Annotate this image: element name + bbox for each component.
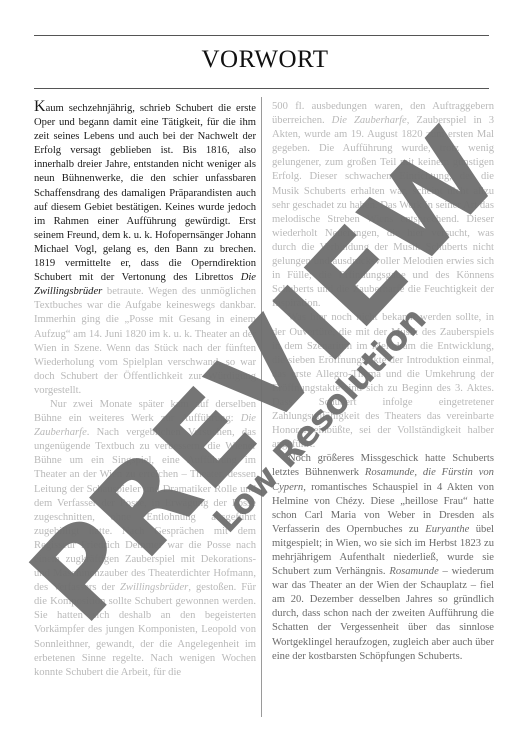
header-rule-top xyxy=(34,35,489,36)
page-title: VORWORT xyxy=(0,46,530,74)
work-title: Euryanthe xyxy=(425,524,469,535)
paragraph-2: Was hier noch nicht bekannt werden sollt… xyxy=(272,311,494,452)
paragraph-text: Nur zwei Monate später kam auf derselben… xyxy=(34,399,256,424)
work-title: Zwillingsbrüder xyxy=(120,582,188,593)
drop-cap: K xyxy=(34,98,46,115)
work-title: Rosamunde xyxy=(389,566,438,577)
paragraph-2: Nur zwei Monate später kam auf derselben… xyxy=(34,398,256,680)
paragraph-text: . Nach vergeblichen Versuchen, das ungen… xyxy=(34,427,256,593)
left-column: Kaum sechzehnjährig, schrieb Schubert di… xyxy=(34,100,256,680)
paragraph-1: 500 fl. ausbedungen waren, den Auftragge… xyxy=(272,100,494,311)
paragraph-3: Noch größeres Missgeschick hatte Schuber… xyxy=(272,452,494,663)
paragraph-text: aum sechzehnjährig, schrieb Schubert die… xyxy=(34,103,256,283)
paragraph-text: Was hier noch nicht bekannt werden sollt… xyxy=(272,312,494,450)
paragraph-1: Kaum sechzehnjährig, schrieb Schubert di… xyxy=(34,100,256,398)
paragraph-text: – wiederum war das Theater an der Wien d… xyxy=(272,566,494,662)
paragraph-text: , Zauberspiel in 3 Akten, wurde am 19. A… xyxy=(272,115,494,309)
paragraph-text-faded: betraute. Wegen des unmöglichen Textbuch… xyxy=(34,286,256,396)
work-title: Die Zauberharfe xyxy=(332,115,407,126)
right-column: 500 fl. ausbedungen waren, den Auftragge… xyxy=(272,100,494,664)
document-page: VORWORT Kaum sechzehnjährig, schrieb Sch… xyxy=(0,0,530,750)
column-divider xyxy=(261,97,262,717)
paragraph-text: , gestoßen. Für die Komposition sollte S… xyxy=(34,582,256,678)
header-rule-bottom xyxy=(34,88,489,89)
